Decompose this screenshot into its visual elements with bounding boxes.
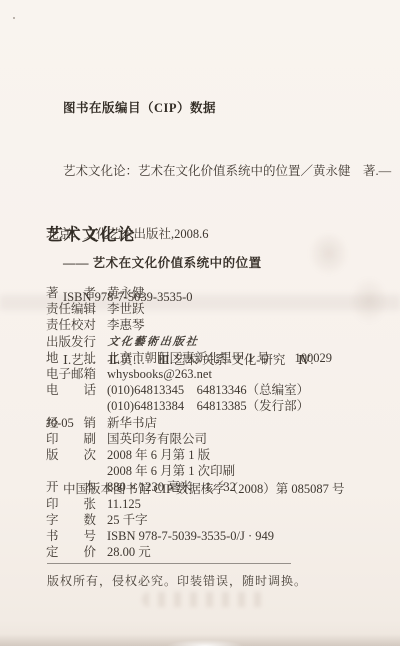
scan-speck bbox=[13, 17, 15, 19]
colophon-row-address: 地 址 北京市朝阳区惠新北里甲 1 号 100029 bbox=[46, 350, 386, 366]
colophon-row-sheets: 印 张 11.125 bbox=[46, 496, 386, 512]
row-label: 版 次 bbox=[46, 447, 98, 463]
row-value: (010)64813384 64813385（发行部） bbox=[107, 398, 386, 414]
row-label: 字 数 bbox=[46, 512, 98, 528]
row-value: 国英印务有限公司 bbox=[107, 431, 386, 447]
row-label: 出版发行 bbox=[46, 334, 98, 350]
colophon-row-publisher: 出版发行 文化藝術出版社 bbox=[46, 334, 386, 350]
colophon-row-edition-1: 版 次 2008 年 6 月第 1 版 bbox=[46, 447, 386, 463]
row-label: 印 刷 bbox=[46, 431, 98, 447]
row-value: 北京市朝阳区惠新北里甲 1 号 100029 bbox=[107, 350, 386, 366]
row-label: 地 址 bbox=[46, 350, 98, 366]
divider-rule bbox=[47, 563, 291, 564]
row-value: 黄永健 bbox=[107, 285, 386, 301]
ink-bleedthrough bbox=[142, 592, 270, 607]
row-value: 11.125 bbox=[107, 496, 386, 512]
row-value: ISBN 978-7-5039-3535-0/J · 949 bbox=[107, 528, 386, 544]
row-label: 经 销 bbox=[46, 415, 98, 431]
colophon-row-wordcount: 字 数 25 千字 bbox=[46, 512, 386, 528]
row-value: 新华书店 bbox=[107, 415, 386, 431]
row-label bbox=[46, 463, 98, 479]
cip-header: 图书在版编目（CIP）数据 bbox=[46, 98, 378, 119]
row-value: 880 × 1230 毫米 1／32 bbox=[107, 479, 386, 495]
row-label: 责任编辑 bbox=[46, 301, 98, 317]
colophon-row-edition-2: 2008 年 6 月第 1 次印刷 bbox=[46, 463, 386, 479]
colophon-row-printer: 印 刷 国英印务有限公司 bbox=[46, 431, 386, 447]
row-value: 李惠琴 bbox=[107, 317, 386, 333]
colophon-row-phone-1: 电 话 (010)64813345 64813346（总编室） bbox=[46, 382, 386, 398]
row-value: 25 千字 bbox=[107, 512, 386, 528]
row-label: 书 号 bbox=[46, 528, 98, 544]
row-label: 定 价 bbox=[46, 544, 98, 560]
colophon-row-distributor: 经 销 新华书店 bbox=[46, 415, 386, 431]
colophon-block: 著 者 黄永健 责任编辑 李世跃 责任校对 李惠琴 出版发行 文化藝術出版社 地… bbox=[46, 285, 386, 560]
book-title: 艺术文化论 bbox=[46, 221, 262, 245]
row-value: (010)64813345 64813346（总编室） bbox=[107, 382, 386, 398]
row-value: 28.00 元 bbox=[107, 544, 386, 560]
colophon-row-email: 电子邮箱 whysbooks@263.net bbox=[46, 366, 386, 382]
row-value: 2008 年 6 月第 1 次印刷 bbox=[107, 463, 386, 479]
colophon-row-editor: 责任编辑 李世跃 bbox=[46, 301, 386, 317]
colophon-row-author: 著 者 黄永健 bbox=[46, 285, 386, 301]
colophon-row-isbn: 书 号 ISBN 978-7-5039-3535-0/J · 949 bbox=[46, 528, 386, 544]
row-value: 2008 年 6 月第 1 版 bbox=[107, 447, 386, 463]
row-label: 电 话 bbox=[46, 382, 98, 398]
page-edge-shadow bbox=[0, 634, 400, 646]
cip-line-title: 艺术文化论：艺术在文化价值系统中的位置／黄永健 著.— bbox=[46, 161, 378, 182]
row-value: whysbooks@263.net bbox=[107, 366, 386, 382]
colophon-row-format: 开 本 880 × 1230 毫米 1／32 bbox=[46, 479, 386, 495]
publisher-script-logo: 文化藝術出版社 bbox=[107, 334, 388, 350]
row-label: 责任校对 bbox=[46, 317, 98, 333]
title-block: 艺术文化论 —— 艺术在文化价值系统中的位置 bbox=[46, 221, 262, 271]
row-value: 李世跃 bbox=[107, 301, 386, 317]
book-copyright-page: 图书在版编目（CIP）数据 艺术文化论：艺术在文化价值系统中的位置／黄永健 著.… bbox=[0, 0, 400, 646]
colophon-row-phone-2: (010)64813384 64813385（发行部） bbox=[46, 398, 386, 414]
book-subtitle: —— 艺术在文化价值系统中的位置 bbox=[46, 253, 262, 271]
row-label: 著 者 bbox=[46, 285, 98, 301]
row-label: 印 张 bbox=[46, 496, 98, 512]
copyright-notice: 版权所有，侵权必究。印装错误，随时调换。 bbox=[47, 572, 307, 589]
row-label: 电子邮箱 bbox=[46, 366, 98, 382]
row-label bbox=[46, 398, 98, 414]
colophon-row-price: 定 价 28.00 元 bbox=[46, 544, 386, 560]
colophon-row-proofreader: 责任校对 李惠琴 bbox=[46, 317, 386, 333]
row-label: 开 本 bbox=[46, 479, 98, 495]
